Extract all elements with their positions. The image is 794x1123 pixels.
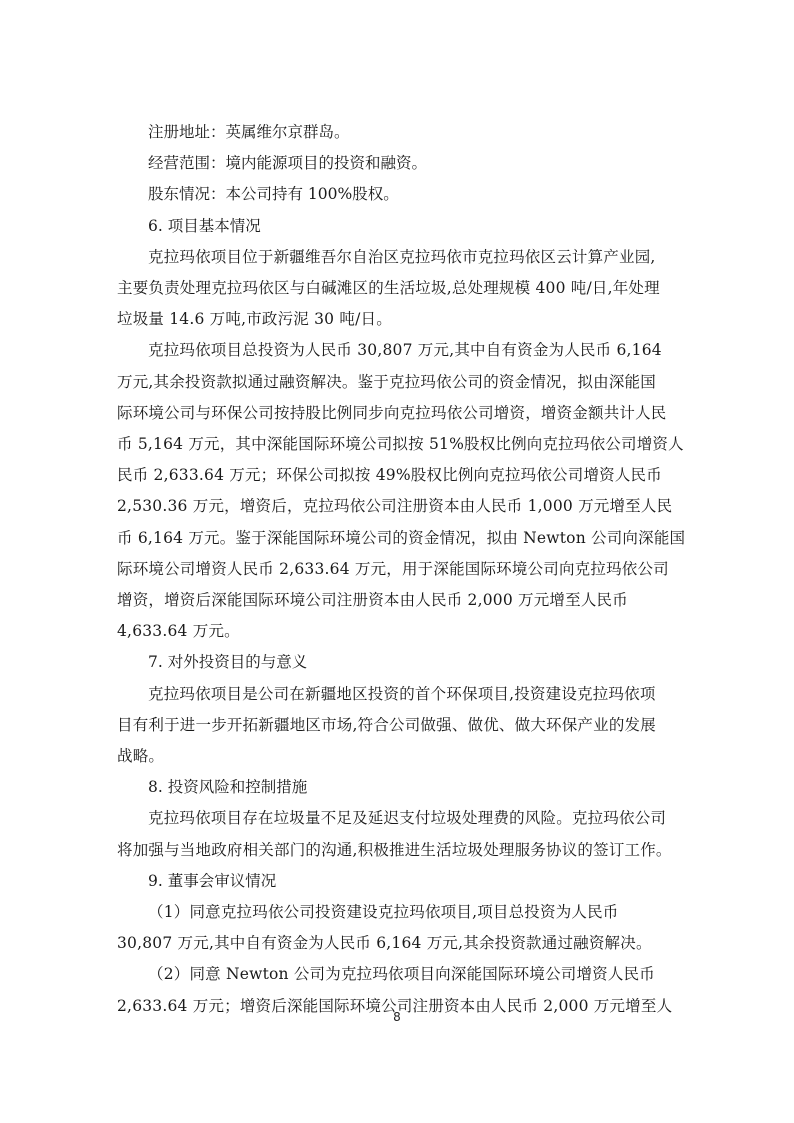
registered-address-line: 注册地址：英属维尔京群岛。 — [117, 117, 674, 148]
section-6-paragraph-1: 克拉玛依项目位于新疆维吾尔自治区克拉玛依市克拉玛依区云计算产业园, 主要负责处理… — [117, 242, 674, 336]
shareholder-line: 股东情况：本公司持有 100%股权。 — [117, 179, 674, 210]
section-8-heading: 8. 投资风险和控制措施 — [117, 772, 674, 803]
document-page: 注册地址：英属维尔京群岛。 经营范围：境内能源项目的投资和融资。 股东情况：本公… — [0, 0, 794, 1123]
document-body: 注册地址：英属维尔京群岛。 经营范围：境内能源项目的投资和融资。 股东情况：本公… — [117, 117, 674, 1022]
page-number: 8 — [0, 1010, 794, 1024]
section-7-paragraph: 克拉玛依项目是公司在新疆地区投资的首个环保项目,投资建设克拉玛依项 目有利于进一… — [117, 679, 674, 773]
section-9-item-1: （1）同意克拉玛依公司投资建设克拉玛依项目,项目总投资为人民币 30,807 万… — [117, 897, 674, 959]
section-9-heading: 9. 董事会审议情况 — [117, 866, 674, 897]
section-6-paragraph-2: 克拉玛依项目总投资为人民币 30,807 万元,其中自有资金为人民币 6,164… — [117, 335, 674, 647]
section-7-heading: 7. 对外投资目的与意义 — [117, 647, 674, 678]
section-8-paragraph: 克拉玛依项目存在垃圾量不足及延迟支付垃圾处理费的风险。克拉玛依公司 将加强与当地… — [117, 803, 674, 865]
section-6-heading: 6. 项目基本情况 — [117, 211, 674, 242]
business-scope-line: 经营范围：境内能源项目的投资和融资。 — [117, 148, 674, 179]
